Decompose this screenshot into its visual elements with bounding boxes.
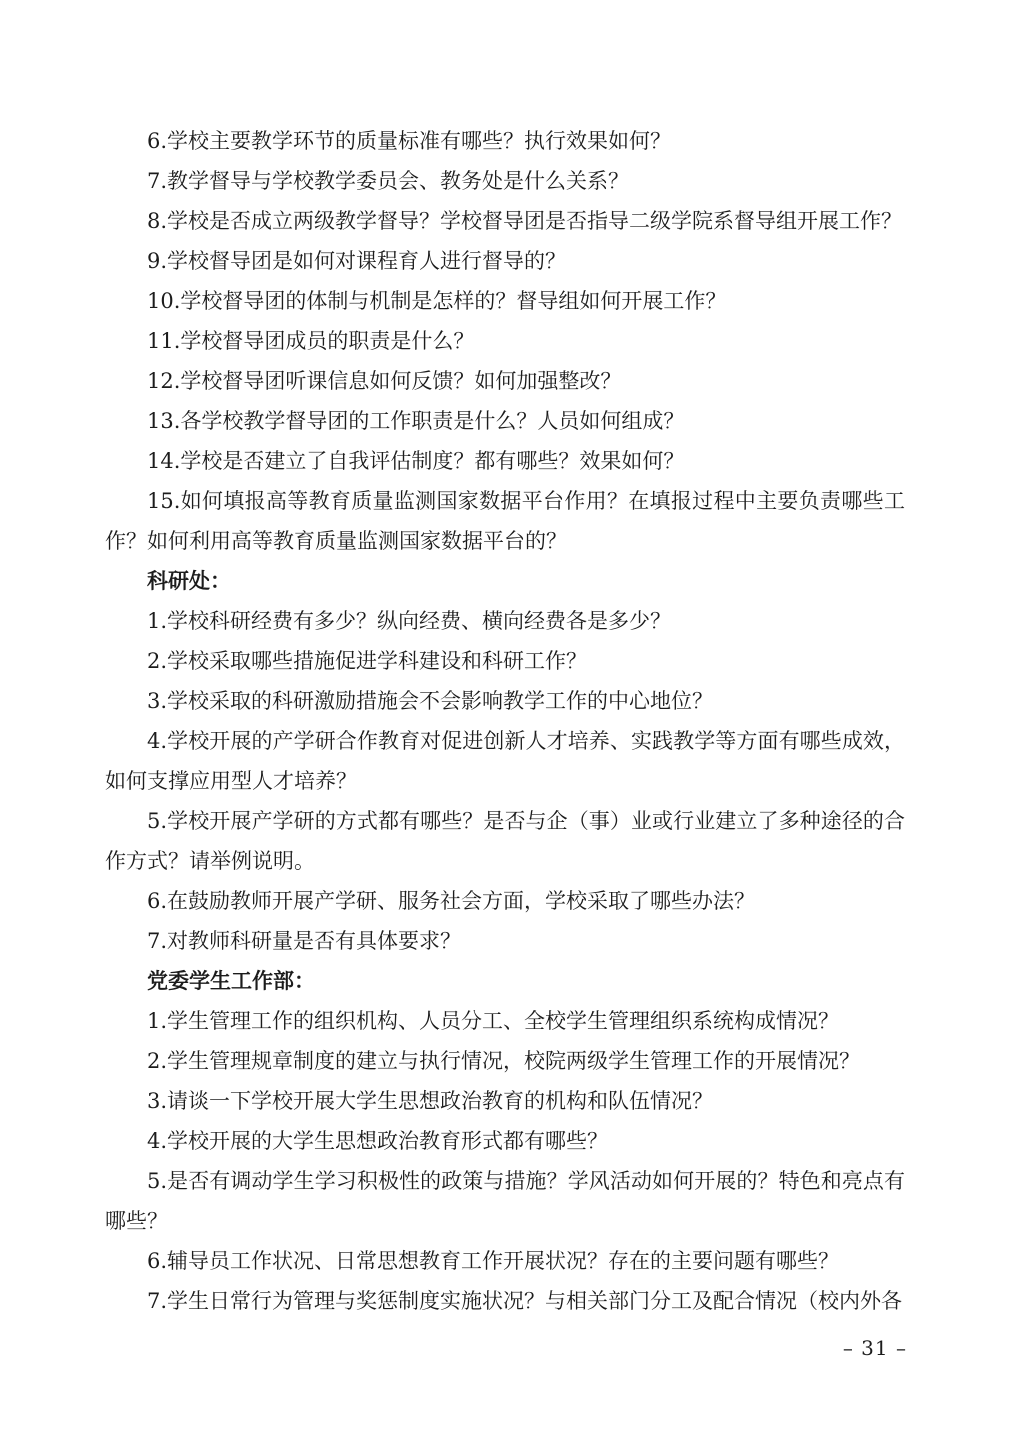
question-line: 11.学校督导团成员的职责是什么？ <box>105 321 905 361</box>
question-line: 7.教学督导与学校教学委员会、教务处是什么关系？ <box>105 161 905 201</box>
section-heading: 科研处： <box>105 561 905 601</box>
question-line: 1.学生管理工作的组织机构、人员分工、全校学生管理组织系统构成情况？ <box>105 1001 905 1041</box>
question-line: 6.辅导员工作状况、日常思想教育工作开展状况？存在的主要问题有哪些？ <box>105 1241 905 1281</box>
question-line: 6.学校主要教学环节的质量标准有哪些？执行效果如何？ <box>105 121 905 161</box>
question-line: 9.学校督导团是如何对课程育人进行督导的？ <box>105 241 905 281</box>
question-line: 13.各学校教学督导团的工作职责是什么？人员如何组成？ <box>105 401 905 441</box>
question-line: 14.学校是否建立了自我评估制度？都有哪些？效果如何？ <box>105 441 905 481</box>
question-line: 5.学校开展产学研的方式都有哪些？是否与企（事）业或行业建立了多种途径的合作方式… <box>105 801 905 881</box>
question-line: 1.学校科研经费有多少？纵向经费、横向经费各是多少？ <box>105 601 905 641</box>
question-line: 4.学校开展的产学研合作教育对促进创新人才培养、实践教学等方面有哪些成效，如何支… <box>105 721 905 801</box>
question-line: 3.请谈一下学校开展大学生思想政治教育的机构和队伍情况？ <box>105 1081 905 1121</box>
page-number: – 31 – <box>843 1336 907 1360</box>
question-line: 5.是否有调动学生学习积极性的政策与措施？学风活动如何开展的？特色和亮点有哪些？ <box>105 1161 905 1241</box>
document-body: 6.学校主要教学环节的质量标准有哪些？执行效果如何？7.教学督导与学校教学委员会… <box>105 121 905 1321</box>
question-line: 7.学生日常行为管理与奖惩制度实施状况？与相关部门分工及配合情况（校内外各 <box>105 1281 905 1321</box>
question-line: 12.学校督导团听课信息如何反馈？如何加强整改？ <box>105 361 905 401</box>
document-page: 6.学校主要教学环节的质量标准有哪些？执行效果如何？7.教学督导与学校教学委员会… <box>0 0 1024 1447</box>
question-line: 4.学校开展的大学生思想政治教育形式都有哪些？ <box>105 1121 905 1161</box>
question-line: 6.在鼓励教师开展产学研、服务社会方面，学校采取了哪些办法？ <box>105 881 905 921</box>
question-line: 10.学校督导团的体制与机制是怎样的？督导组如何开展工作？ <box>105 281 905 321</box>
question-line: 15.如何填报高等教育质量监测国家数据平台作用？在填报过程中主要负责哪些工作？如… <box>105 481 905 561</box>
section-heading: 党委学生工作部： <box>105 961 905 1001</box>
question-line: 2.学校采取哪些措施促进学科建设和科研工作？ <box>105 641 905 681</box>
question-line: 2.学生管理规章制度的建立与执行情况，校院两级学生管理工作的开展情况？ <box>105 1041 905 1081</box>
question-line: 7.对教师科研量是否有具体要求？ <box>105 921 905 961</box>
question-line: 3.学校采取的科研激励措施会不会影响教学工作的中心地位？ <box>105 681 905 721</box>
question-line: 8.学校是否成立两级教学督导？学校督导团是否指导二级学院系督导组开展工作？ <box>105 201 905 241</box>
